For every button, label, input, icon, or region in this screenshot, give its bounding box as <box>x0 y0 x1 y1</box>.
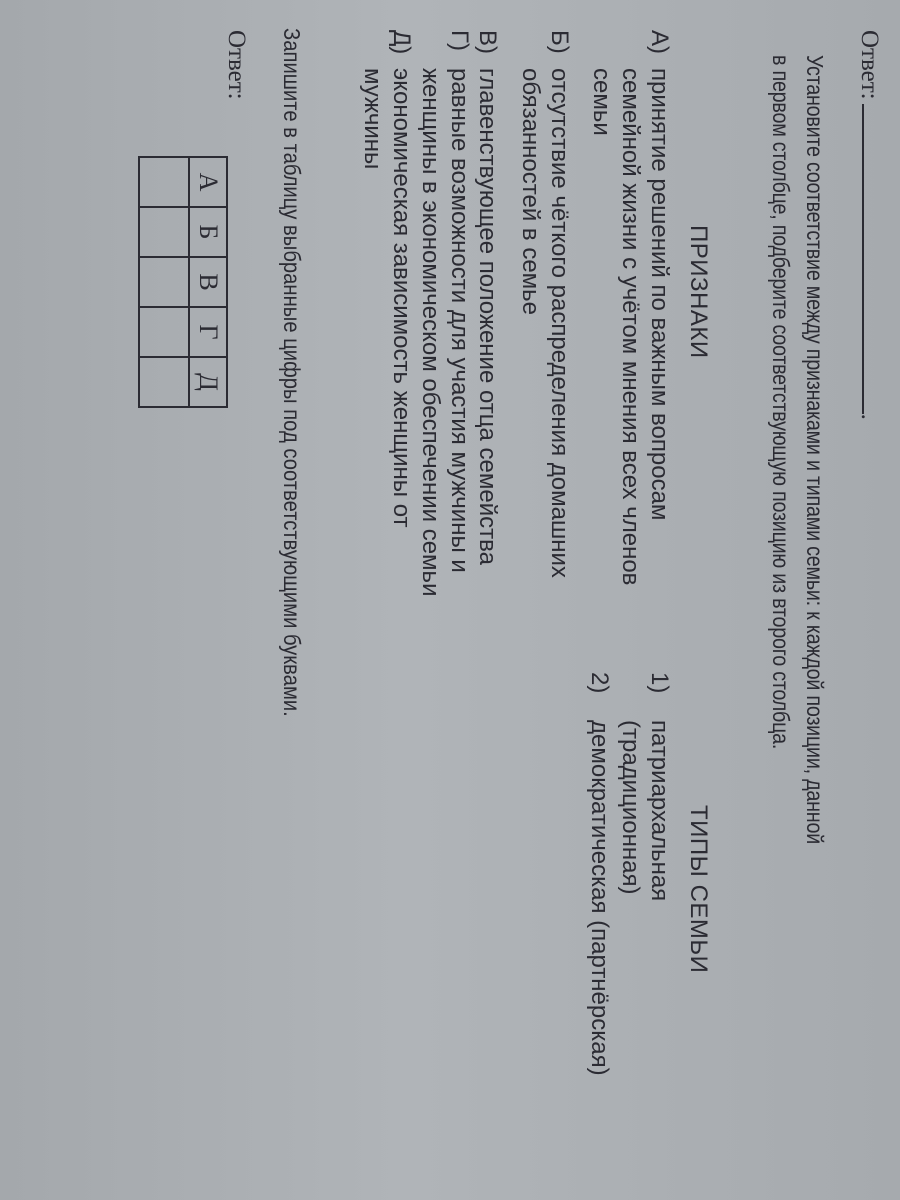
word: участия <box>446 358 473 445</box>
answer-table-header: В <box>189 257 227 307</box>
word: домашних <box>546 463 573 578</box>
sign-item-d: Д) экономическая зависимость женщины от … <box>326 30 416 670</box>
answer-table-header: Д <box>189 357 227 407</box>
sign-item-v: В) главенствующее положение отца семейст… <box>472 30 502 670</box>
word: равные <box>446 68 473 151</box>
answer-cell-b[interactable] <box>139 207 189 257</box>
sign-item-b: Б) отсутствие чёткого распределения дома… <box>514 30 574 670</box>
word: принятие <box>646 68 673 172</box>
answer-cell-d[interactable] <box>139 357 189 407</box>
item-line: отсутствие чёткого распределения домашни… <box>545 68 574 618</box>
word: распределения <box>546 285 573 456</box>
item-line: семейной жизни с учётом мнения всех член… <box>616 68 645 683</box>
word: решений <box>646 178 673 277</box>
word: для <box>446 310 473 351</box>
item-line: главенствующее положение отца семейства <box>473 68 502 565</box>
item-line: обязанностей в семье <box>516 68 545 618</box>
item-letter: В) <box>473 30 502 54</box>
answer-label: Ответ: <box>856 30 883 100</box>
answer-cell-a[interactable] <box>139 157 189 207</box>
word: мужчины <box>446 451 473 552</box>
word: отсутствие <box>546 68 573 189</box>
task-statement: Установите соответствие между признаками… <box>764 55 832 844</box>
word: чёткого <box>546 195 573 278</box>
item-letter: Г) <box>445 30 474 51</box>
word: важным <box>646 317 673 406</box>
answer-table: А Б В Г Д <box>138 156 228 408</box>
answer-blank[interactable] <box>862 104 886 414</box>
item-letter: Б) <box>545 30 574 54</box>
item-line: принятие решений по важным вопросам <box>645 68 674 683</box>
item-line: мужчины <box>358 68 387 478</box>
answer-cell-g[interactable] <box>139 307 189 357</box>
answer-table-header: Б <box>189 207 227 257</box>
answer-period: . <box>856 414 883 420</box>
word: по <box>646 284 673 310</box>
word: экономическая <box>388 68 415 236</box>
answer-table-header: Г <box>189 307 227 357</box>
type-item-1: 1) патриархальная (традиционная) <box>614 672 674 1092</box>
item-line: патриархальная <box>645 720 674 901</box>
task-line: в первом столбце, подберите соответствую… <box>764 55 798 844</box>
item-letter: Д) <box>387 30 416 54</box>
signs-column-header: ПРИЗНАКИ <box>684 225 712 359</box>
item-line: демократическая (партнёрская) <box>585 720 614 1076</box>
answer-table-header: А <box>189 157 227 207</box>
answer-cell-v[interactable] <box>139 257 189 307</box>
sign-item-a: А) принятие решений по важным вопросам с… <box>584 30 674 670</box>
answer-table-header-row: А Б В Г Д <box>189 157 227 407</box>
word: вопросам <box>646 413 673 520</box>
instruction-text: Запишите в таблицу выбранные цифры под с… <box>278 28 305 717</box>
item-line: (традиционная) <box>616 720 645 901</box>
item-line: равные возможности для участия мужчины и <box>445 68 474 651</box>
task-line: Установите соответствие между признаками… <box>798 55 832 844</box>
word: от <box>388 504 415 528</box>
document-page: Ответ:. Установите соответствие между пр… <box>0 0 900 1200</box>
answer-table-value-row <box>139 157 189 407</box>
type-item-2: 2) демократическая (партнёрская) <box>584 672 614 1112</box>
answer-line-top: Ответ:. <box>855 30 886 420</box>
word: возможности <box>446 158 473 303</box>
item-number: 1) <box>645 672 674 693</box>
item-number: 2) <box>585 672 614 693</box>
types-column-header: ТИПЫ СЕМЬИ <box>684 805 712 973</box>
item-line: женщины в экономическом обеспечении семь… <box>416 68 445 651</box>
item-line: семьи <box>587 68 616 683</box>
item-letter: А) <box>645 30 674 54</box>
item-line: экономическая зависимость женщины от <box>387 68 416 478</box>
sign-item-g: Г) равные возможности для участия мужчин… <box>414 30 474 670</box>
word: и <box>446 559 473 572</box>
word: женщины <box>388 391 415 497</box>
word: зависимость <box>388 243 415 384</box>
answer-label-bottom: Ответ: <box>222 30 250 100</box>
